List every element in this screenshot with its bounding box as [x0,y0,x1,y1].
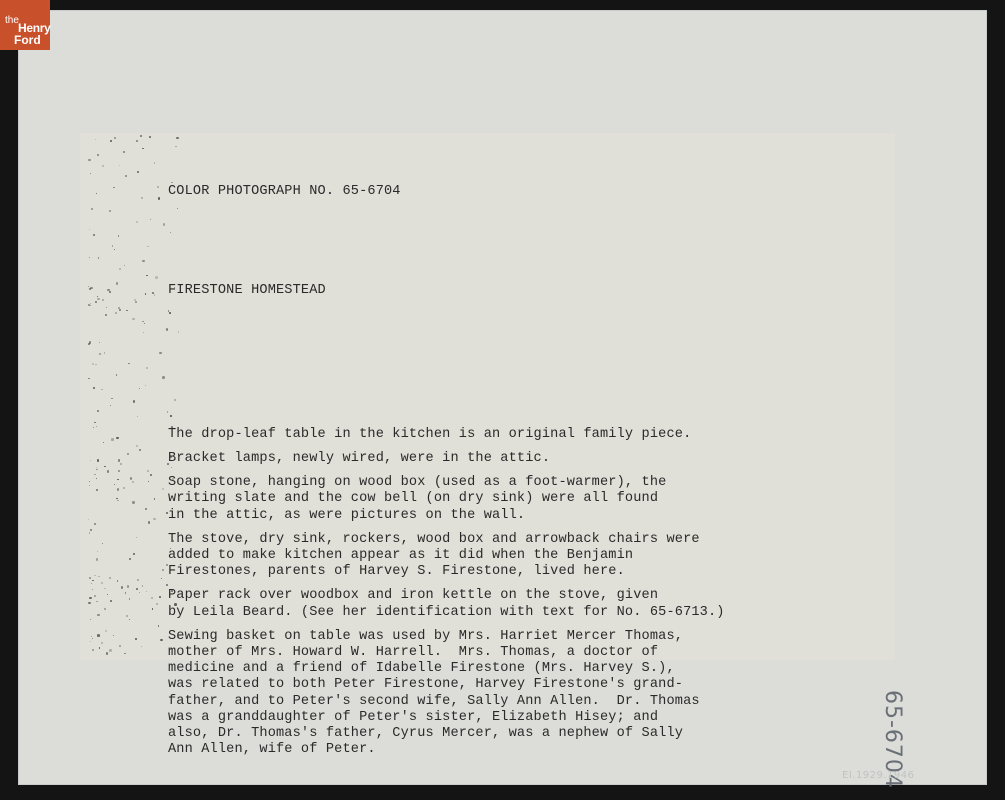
paper-speck [102,165,104,167]
paper-speck [96,478,97,479]
paper-speck [90,619,91,620]
henry-ford-logo: the Henry Ford [0,0,50,50]
paper-speck [146,275,147,276]
paper-speck [97,298,99,300]
paper-speck [114,484,115,485]
paper-speck [119,309,121,311]
paper-speck [89,577,91,579]
paper-speck [162,569,164,571]
paper-speck [159,596,161,598]
paper-speck [97,459,99,461]
document-line: The drop-leaf table in the kitchen is an… [168,427,848,443]
paper-speck [101,389,102,390]
paper-speck [145,385,146,386]
document-line: Ann Allen, wife of Peter. [168,742,848,758]
paper-speck [102,543,103,544]
paper-speck [97,614,99,616]
paper-speck [92,638,93,639]
document-line: Bracket lamps, newly wired, were in the … [168,451,848,467]
paper-speck [97,634,100,637]
paper-speck [118,307,120,309]
paper-speck [118,459,121,462]
paper-speck [101,642,103,644]
paper-speck [109,577,111,579]
paper-speck [96,467,98,469]
paper-speck [112,245,113,246]
paper-speck [99,647,101,649]
paper-speck [99,353,101,355]
paper-speck [111,438,114,441]
paper-speck [119,165,120,166]
paper-speck [163,223,165,225]
paper-speck [98,257,100,259]
paper-speck [157,186,159,188]
document-body: The drop-leaf table in the kitchen is an… [168,427,848,759]
document-paragraph: The stove, dry sink, rockers, wood box a… [168,532,848,581]
paper-speck [130,477,132,479]
paper-speck [153,518,155,520]
paper-speck [124,653,125,654]
document-paragraph: Paper rack over woodbox and iron kettle … [168,588,848,620]
paper-speck [118,235,120,237]
paper-speck [158,625,160,627]
paper-speck [175,146,177,148]
paper-speck [137,579,139,581]
paper-speck [147,470,149,472]
paper-speck [102,299,104,301]
paper-speck [97,296,98,297]
document-title: FIRESTONE HOMESTEAD [168,283,848,299]
paper-speck [161,578,162,579]
paper-speck [93,427,94,428]
paper-speck [137,171,139,173]
paper-speck [90,460,91,461]
paper-speck [141,197,142,198]
paper-speck [152,608,153,609]
paper-speck [111,398,113,400]
paper-speck [139,388,140,389]
paper-speck [140,135,142,137]
paper-speck [88,602,90,604]
paper-speck [150,219,151,220]
paper-speck [104,608,106,610]
paper-speck [101,582,103,584]
paper-speck [89,597,92,600]
paper-speck [132,501,134,503]
document-line: The stove, dry sink, rockers, wood box a… [168,532,848,548]
paper-speck [146,591,147,592]
logo-text-ford: Ford [14,34,41,46]
paper-speck [104,466,105,467]
paper-speck [125,592,127,594]
paper-speck [104,588,106,590]
paper-speck [92,580,93,581]
paper-speck [107,594,108,595]
paper-speck [145,508,146,509]
paper-speck [142,260,144,262]
paper-speck [105,630,107,632]
paper-speck [96,558,99,561]
paper-speck [113,187,115,189]
paper-speck [159,352,162,355]
document-line: added to make kitchen appear as it did w… [168,548,848,564]
paper-speck [129,598,130,599]
paper-speck [98,576,99,577]
paper-speck [137,416,138,417]
paper-speck [128,363,129,364]
paper-speck [162,488,164,490]
paper-speck [89,481,91,483]
paper-speck [150,474,152,476]
paper-speck [90,305,91,306]
paper-speck [114,137,116,139]
paper-speck [136,445,139,448]
document-header: COLOR PHOTOGRAPH NO. 65-6704 [168,184,848,200]
document-line: Sewing basket on table was used by Mrs. … [168,629,848,645]
paper-speck [148,521,150,523]
handwritten-accession-number: 65-6704 [880,690,905,800]
paper-speck [94,523,96,525]
paper-speck [156,603,157,604]
paper-speck [88,378,90,380]
paper-speck [96,469,98,471]
paper-speck [139,449,141,451]
paper-speck [127,585,129,587]
document-line: writing slate and the cow bell (on dry s… [168,491,848,507]
paper-speck [142,585,144,587]
document-line: Soap stone, hanging on wood box (used as… [168,475,848,491]
paper-speck [110,140,112,142]
paper-speck [92,589,93,590]
document-line: Firestones, parents of Harvey S. Firesto… [168,564,848,580]
paper-speck [154,498,156,500]
paper-speck [93,387,95,389]
paper-speck [95,139,96,140]
paper-speck [155,276,158,279]
paper-speck [97,154,99,156]
paper-speck [89,341,91,343]
document-line: was a granddaughter of Peter's sister, E… [168,710,848,726]
faint-stamp-number: EI.1929.1946 [842,770,915,781]
paper-speck [176,137,178,139]
paper-speck [106,652,108,654]
paper-speck [125,175,127,177]
paper-speck [123,151,125,153]
paper-speck [117,580,118,581]
paper-speck [89,485,90,486]
paper-speck [116,498,118,500]
paper-speck [142,148,143,149]
paper-speck [162,376,165,379]
paper-speck [91,583,92,584]
paper-speck [104,352,106,354]
paper-speck [158,197,161,200]
paper-speck [151,597,153,599]
paper-speck [145,293,147,295]
spacer [168,233,848,251]
spacer [168,379,848,394]
paper-speck [129,558,131,560]
paper-speck [97,410,99,412]
paper-speck [144,323,146,325]
paper-speck [116,374,117,375]
paper-speck [121,586,124,589]
paper-speck [152,292,154,294]
paper-speck [117,479,118,480]
paper-speck [120,463,122,465]
paper-speck [105,314,108,317]
paper-speck [110,405,111,406]
paper-speck [135,301,137,303]
paper-speck [160,639,162,641]
paper-speck [97,551,98,552]
document-line: mother of Mrs. Howard W. Harrell. Mrs. T… [168,645,848,661]
paper-speck [94,474,95,475]
paper-speck [89,229,90,230]
paper-speck [96,426,97,427]
paper-speck [136,588,138,590]
paper-speck [135,638,137,640]
paper-speck [126,310,128,312]
paper-speck [99,342,100,343]
paper-speck [103,442,104,443]
logo-text-the: the [5,16,19,26]
paper-speck [139,592,140,593]
paper-speck [154,162,156,164]
document-paragraph: The drop-leaf table in the kitchen is an… [168,427,848,443]
paper-speck [96,489,98,491]
paper-speck [94,595,96,597]
paper-speck [88,286,89,287]
paper-speck [136,537,138,539]
paper-speck [90,303,91,304]
document-line: in the attic, as were pictures on the wa… [168,508,848,524]
paper-speck [90,641,91,642]
paper-speck [93,234,95,236]
paper-speck [114,249,115,250]
paper-speck [110,600,112,602]
paper-speck [94,422,95,423]
paper-speck [95,301,97,303]
paper-speck [123,487,125,489]
typed-document: COLOR PHOTOGRAPH NO. 65-6704 FIRESTONE H… [168,152,848,783]
paper-speck [148,481,149,482]
paper-speck [107,470,109,472]
document-paragraph: Soap stone, hanging on wood box (used as… [168,475,848,524]
paper-speck [89,257,90,258]
paper-speck [143,332,144,333]
paper-speck [96,193,97,194]
paper-speck [94,575,96,577]
paper-speck [92,363,94,365]
paper-speck [154,294,155,295]
paper-speck [88,159,91,162]
paper-speck [146,367,148,369]
paper-speck [124,265,125,266]
paper-speck [119,268,120,269]
document-line: was related to both Peter Firestone, Har… [168,677,848,693]
paper-speck [109,649,111,651]
paper-speck [147,246,148,247]
document-line: by Leila Beard. (See her identification … [168,605,848,621]
paper-speck [119,645,121,647]
paper-speck [107,289,109,291]
paper-speck [136,221,138,223]
paper-speck [133,553,135,555]
spacer [168,332,848,347]
document-line: Paper rack over woodbox and iron kettle … [168,588,848,604]
paper-speck [136,140,138,142]
document-line: medicine and a friend of Idabelle Firest… [168,661,848,677]
document-paragraph: Bracket lamps, newly wired, were in the … [168,451,848,467]
paper-speck [88,519,89,520]
paper-speck [91,208,93,210]
paper-speck [90,173,91,174]
paper-speck [89,532,91,534]
paper-speck [117,488,119,490]
document-paragraph: Sewing basket on table was used by Mrs. … [168,629,848,759]
paper-speck [89,288,91,290]
paper-speck [92,649,94,651]
paper-speck [117,500,119,502]
paper-speck [106,307,107,308]
paper-speck [95,364,97,366]
paper-speck [90,529,92,531]
paper-speck [113,635,114,636]
paper-speck [133,400,135,402]
paper-speck [149,136,151,138]
paper-speck [141,646,142,647]
paper-speck [109,210,111,212]
paper-speck [116,437,118,439]
paper-speck [127,453,129,455]
paper-speck [96,601,97,602]
paper-speck [132,318,135,321]
paper-speck [129,619,131,621]
paper-speck [116,282,118,284]
paper-speck [118,470,120,472]
document-line: also, Dr. Thomas's father, Cyrus Mercer,… [168,726,848,742]
paper-speck [132,481,134,483]
document-line: father, and to Peter's second wife, Sall… [168,694,848,710]
paper-speck [126,615,128,617]
paper-speck [115,312,117,314]
